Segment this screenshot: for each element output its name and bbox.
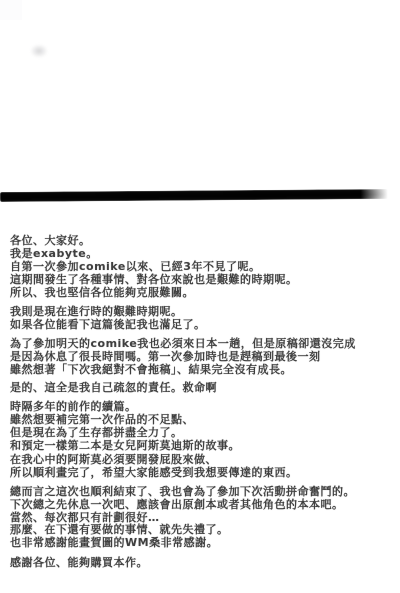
text-line: 這期間發生了各種事情、對各位來說也是艱難的時期呢。 <box>10 273 298 286</box>
text-line: 所以、我也堅信各位能夠克服難關。 <box>10 286 298 299</box>
text-line: 如果各位能看下這篇後記我也滿足了。 <box>10 318 206 331</box>
text-line: 各位、大家好。 <box>10 234 298 247</box>
paragraph-sequel: 時隔多年的前作的續篇。 雖然想要補完第一次作品的不足點、 但是現在為了生存都拼盡… <box>10 400 240 452</box>
paragraph-deadline: 為了參加明天的comike我也必須來日本一趟，但是原稿卻還沒完成 是因為休息了很… <box>10 337 356 376</box>
text-line: 那麼、在下還有要做的事情、就先失禮了。 <box>10 523 229 536</box>
horizontal-divider-rule <box>0 189 388 202</box>
text-line: 為了參加明天的comike我也必須來日本一趟，但是原稿卻還沒完成 <box>10 337 356 350</box>
text-line: 時隔多年的前作的續篇。 <box>10 400 240 413</box>
text-line: 雖然想著「下次我絕對不會拖稿」、結果完全沒有成長。 <box>10 363 356 376</box>
paragraph-responsibility: 是的、這全是我自己疏忽的責任。救命啊 <box>10 381 217 394</box>
text-line: 在我心中的阿斯莫必須要開發屁股來做、 <box>10 453 298 466</box>
text-line: 也非常感謝能畫賀圖的WM桑非常感謝。 <box>10 536 229 549</box>
text-line: 我是exabyte。 <box>10 247 298 260</box>
text-line: 自第一次參加comike以來、已經3年不見了呢。 <box>10 260 298 273</box>
paragraph-greeting: 各位、大家好。 我是exabyte。 自第一次參加comike以來、已經3年不見… <box>10 234 298 299</box>
paragraph-thanks: 感謝各位、能夠購買本作。 <box>10 556 148 569</box>
paragraph-next-event: 總而言之這次也順利結束了、我也會為了參加下次活動拼命奮鬥的。 下次總之先休息一次… <box>10 485 355 524</box>
text-line: 感謝各位、能夠購買本作。 <box>10 556 148 569</box>
ink-bleed-artifact <box>30 44 48 58</box>
text-line: 下次總之先休息一次吧、應該會出原創本或者其他角色的本本吧。 <box>10 498 355 511</box>
scan-corner-artifact <box>0 0 22 20</box>
text-line: 我則是現在進行時的艱難時期呢。 <box>10 305 206 318</box>
paragraph-character: 在我心中的阿斯莫必須要開發屁股來做、 所以順利畫完了，希望大家能感受到我想要傳達… <box>10 453 298 479</box>
text-line: 但是現在為了生存都拼盡全力了。 <box>10 426 240 439</box>
text-line: 所以順利畫完了，希望大家能感受到我想要傳達的東西。 <box>10 466 298 479</box>
text-line: 是的、這全是我自己疏忽的責任。救命啊 <box>10 381 217 394</box>
text-line: 和預定一樣第二本是女兒阿斯莫迪斯的故事。 <box>10 439 240 452</box>
text-line: 是因為休息了很長時間嗎。第一次參加時也是趕稿到最後一刻 <box>10 350 356 363</box>
scanned-afterword-page: 各位、大家好。 我是exabyte。 自第一次參加comike以來、已經3年不見… <box>0 0 400 593</box>
text-line: 雖然想要補完第一次作品的不足點、 <box>10 413 240 426</box>
text-line: 總而言之這次也順利結束了、我也會為了參加下次活動拼命奮鬥的。 <box>10 485 355 498</box>
paragraph-farewell: 那麼、在下還有要做的事情、就先失禮了。 也非常感謝能畫賀圖的WM桑非常感謝。 <box>10 523 229 549</box>
paragraph-current-period: 我則是現在進行時的艱難時期呢。 如果各位能看下這篇後記我也滿足了。 <box>10 305 206 331</box>
